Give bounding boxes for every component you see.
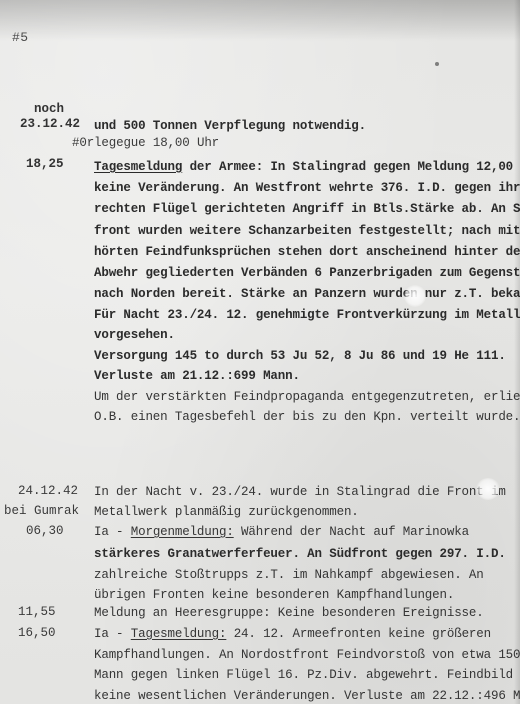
overstruck-time-line: #0rlegegue 18,00 Uhr [72, 136, 219, 150]
report-heading: Morgenmeldung: [131, 525, 234, 539]
entry-line: keine Veränderung. An Westfront wehrte 3… [94, 181, 520, 195]
entry-line: Meldung an Heeresgruppe: Keine besondere… [94, 606, 484, 620]
entry-line: Versorgung 145 to durch 53 Ju 52, 8 Ju 8… [94, 349, 506, 363]
entry-line: rechten Flügel gerichteten Angriff in Bt… [94, 202, 520, 216]
entry-line: In der Nacht v. 23./24. wurde in Staling… [94, 485, 506, 499]
entry-line: Mann gegen linken Flügel 16. Pz.Div. abg… [94, 668, 513, 682]
entry-line: übrigen Fronten keine besonderen Kampfha… [94, 588, 454, 602]
document-page: #5 noch 23.12.42 und 500 Tonnen Verpfleg… [0, 0, 520, 704]
margin-label-noch: noch [34, 102, 64, 116]
entry-line: Abwehr gegliederten Verbänden 6 Panzerbr… [94, 266, 520, 280]
margin-date: 24.12.42 [18, 484, 78, 498]
entry-line: O.B. einen Tagesbefehl der bis zu den Kp… [94, 410, 520, 424]
margin-time: 06,30 [26, 524, 64, 538]
report-heading: Tagesmeldung [94, 160, 182, 174]
report-heading: Tagesmeldung: [131, 627, 227, 641]
entry-line: Verluste am 21.12.:699 Mann. [94, 369, 300, 383]
entry-line: und 500 Tonnen Verpflegung notwendig. [94, 119, 366, 133]
page-number: #5 [12, 30, 29, 45]
entry-line: Ia - Morgenmeldung: Während der Nacht au… [94, 525, 469, 539]
entry-line: front wurden weitere Schanzarbeiten fest… [94, 224, 520, 238]
margin-time: 18,25 [26, 157, 64, 171]
entry-line: vorgesehen. [94, 328, 175, 342]
entry-line: zahlreiche Stoßtrupps z.T. im Nahkampf a… [94, 568, 484, 582]
entry-line: hörten Feindfunksprüchen stehen dort ans… [94, 245, 520, 259]
entry-line: nach Norden bereit. Stärke an Panzern wu… [94, 287, 520, 301]
entry-line: Für Nacht 23./24. 12. genehmigte Frontve… [94, 308, 520, 322]
ink-speck [435, 62, 439, 66]
margin-location: bei Gumrak [4, 504, 79, 518]
entry-line: stärkeres Granatwerferfeuer. An Südfront… [94, 547, 506, 561]
margin-time: 16,50 [18, 626, 56, 640]
entry-line: Kampfhandlungen. An Nordostfront Feindvo… [94, 648, 520, 662]
entry-line: Um der verstärkten Feindpropaganda entge… [94, 390, 520, 404]
entry-line: keine wesentlichen Veränderungen. Verlus… [94, 689, 520, 703]
margin-time: 11,55 [18, 605, 56, 619]
entry-line: Tagesmeldung der Armee: In Stalingrad ge… [94, 160, 520, 174]
entry-line: Ia - Tagesmeldung: 24. 12. Armeefronten … [94, 627, 491, 641]
entry-line: Metallwerk planmäßig zurückgenommen. [94, 505, 359, 519]
margin-date: 23.12.42 [20, 117, 80, 131]
